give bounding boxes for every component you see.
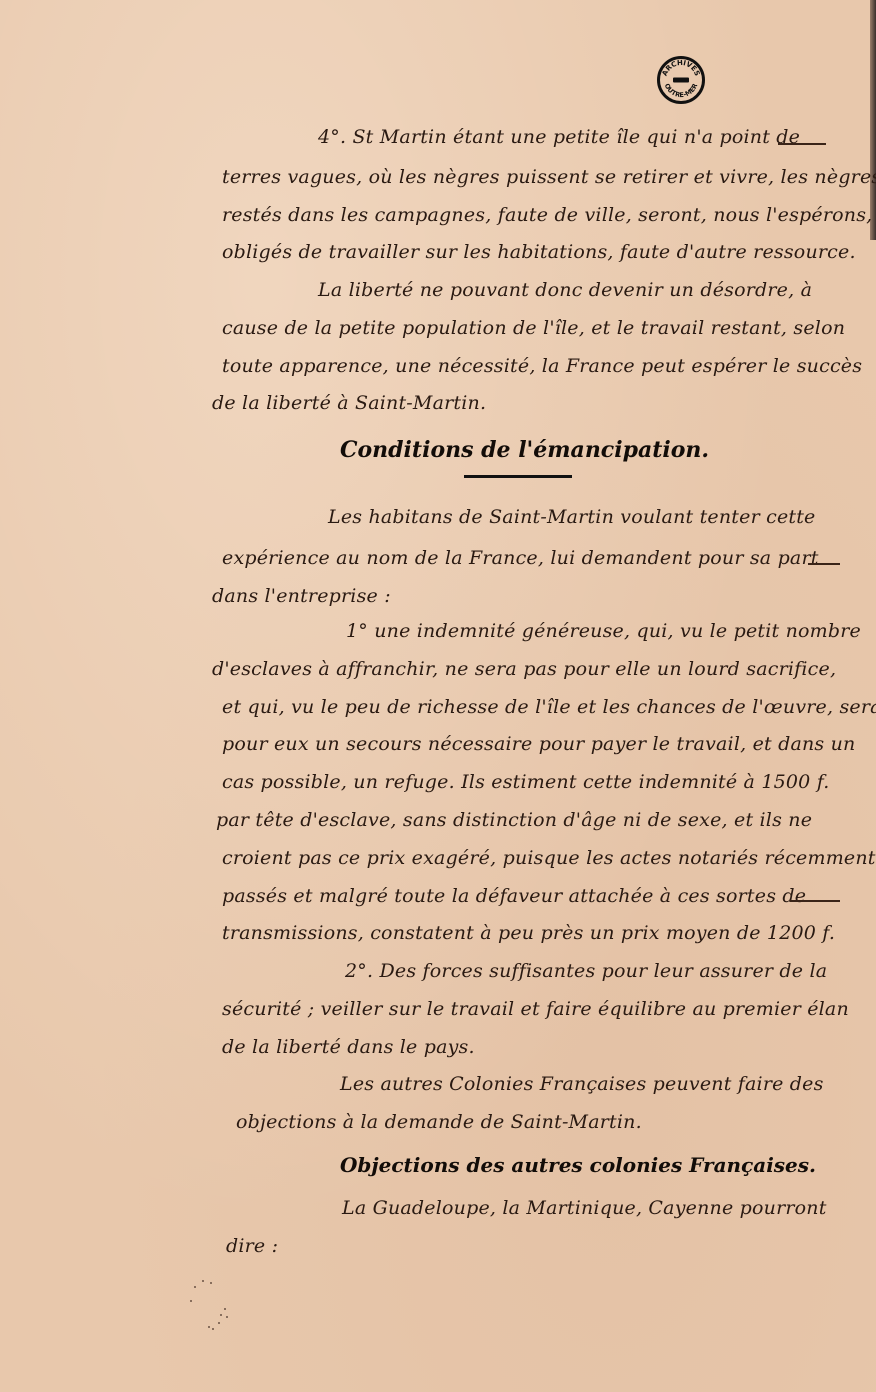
text-line: Les autres Colonies Françaises peuvent f… (340, 1073, 824, 1095)
text-line: cas possible, un refuge. Ils estiment ce… (222, 771, 830, 793)
text-line: restés dans les campagnes, faute de vill… (222, 204, 872, 226)
ink-specks (190, 1278, 260, 1338)
text-line: de la liberté à Saint-Martin. (212, 392, 486, 414)
text-line: toute apparence, une nécessité, la Franc… (222, 355, 862, 377)
text-line: de la liberté dans le pays. (222, 1036, 475, 1058)
text-line: La liberté ne pouvant donc devenir un dé… (318, 279, 812, 301)
section-subheading: Objections des autres colonies Française… (340, 1153, 816, 1177)
text-line: sécurité ; veiller sur le travail et fai… (222, 998, 849, 1020)
text-line: passés et malgré toute la défaveur attac… (222, 885, 806, 907)
text-line: transmissions, constatent à peu près un … (222, 922, 835, 944)
text-line: 1° une indemnité généreuse, qui, vu le p… (346, 620, 861, 642)
section-heading: Conditions de l'émancipation. (340, 437, 709, 463)
text-line: d'esclaves à affranchir, ne sera pas pou… (212, 658, 836, 680)
svg-text:ARCHIVES: ARCHIVES (661, 59, 702, 77)
line-filler-dash (808, 563, 840, 565)
stamp-top-text: ARCHIVES (661, 59, 702, 77)
text-line: expérience au nom de la France, lui dema… (222, 547, 819, 569)
line-filler-dash (778, 143, 826, 145)
text-line: Les habitans de Saint-Martin voulant ten… (328, 506, 816, 528)
text-line: terres vagues, où les nègres puissent se… (222, 166, 876, 188)
text-line: cause de la petite population de l'île, … (222, 317, 845, 339)
manuscript-page: ARCHIVES OUTRE-MER 4°. St Martin étant u… (0, 0, 876, 1392)
archives-outre-mer-stamp-icon: ARCHIVES OUTRE-MER (657, 56, 705, 104)
stamp-bottom-text: OUTRE-MER (663, 82, 700, 99)
text-line: dans l'entreprise : (212, 585, 391, 607)
text-line: croient pas ce prix exagéré, puisque les… (222, 847, 876, 869)
text-line: dire : (226, 1235, 278, 1257)
text-line: et qui, vu le peu de richesse de l'île e… (222, 696, 876, 718)
line-filler-dash (790, 900, 840, 902)
text-line: 4°. St Martin étant une petite île qui n… (318, 126, 800, 148)
text-line: obligés de travailler sur les habitation… (222, 241, 856, 263)
text-line: 2°. Des forces suffisantes pour leur ass… (345, 960, 827, 982)
text-line: objections à la demande de Saint-Martin. (236, 1111, 642, 1133)
text-line: par tête d'esclave, sans distinction d'â… (216, 809, 812, 831)
svg-text:OUTRE-MER: OUTRE-MER (663, 82, 700, 99)
heading-underline (464, 475, 572, 478)
text-line: pour eux un secours nécessaire pour paye… (222, 733, 856, 755)
text-line: La Guadeloupe, la Martinique, Cayenne po… (342, 1197, 827, 1219)
